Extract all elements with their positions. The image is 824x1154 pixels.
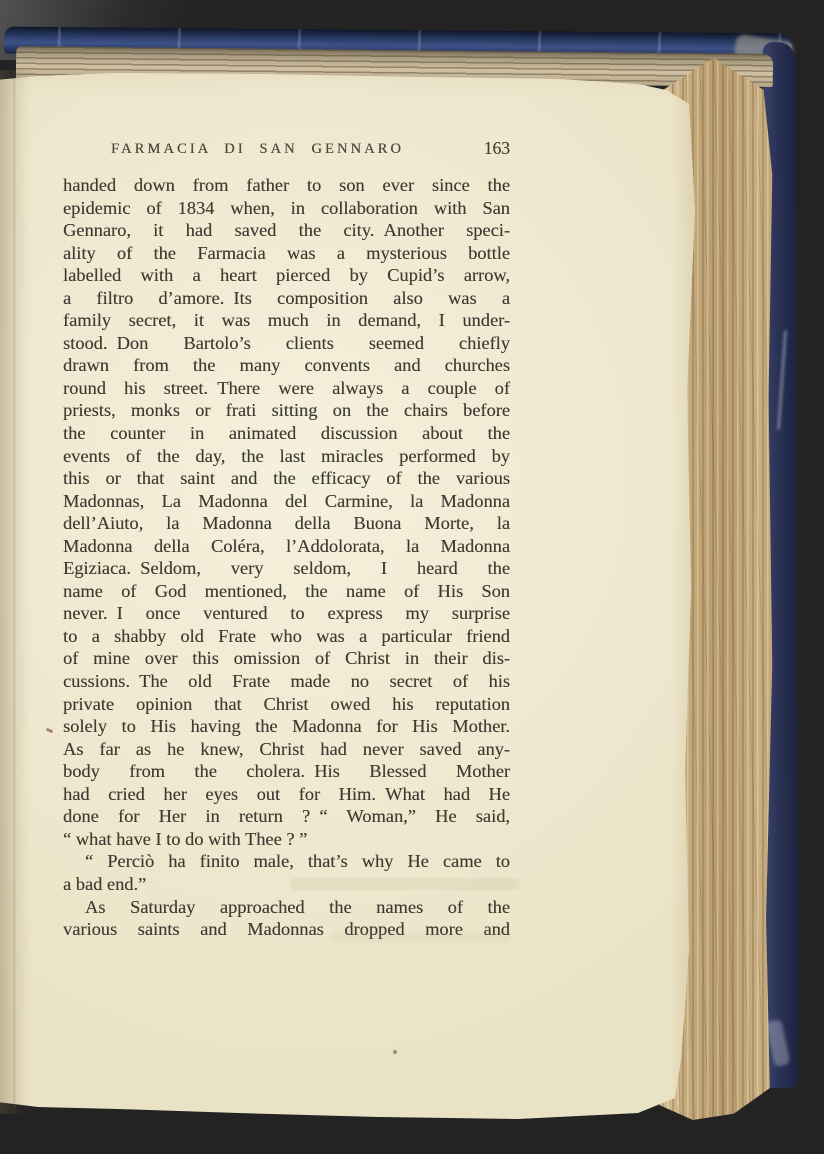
text-line: to a shabby old Frate who was a particul…	[63, 625, 510, 648]
text-line: As Saturday approached the names of the	[63, 896, 510, 919]
text-line: a filtro d’amore. Its composition also w…	[63, 287, 510, 310]
text-line: family secret, it was much in demand, I …	[63, 309, 510, 332]
text-line: of mine over this omission of Christ in …	[63, 647, 510, 670]
text-line: the counter in animated discussion about…	[63, 422, 510, 445]
text-line: dell’Aiuto, la Madonna della Buona Morte…	[63, 512, 510, 535]
text-line: “ what have I to do with Thee ? ”	[63, 828, 510, 851]
text-line: labelled with a heart pierced by Cupid’s…	[63, 264, 510, 287]
text-line: priests, monks or frati sitting on the c…	[63, 399, 510, 422]
text-line: ality of the Farmacia was a mysterious b…	[63, 242, 510, 265]
text-line: stood. Don Bartolo’s clients seemed chie…	[63, 332, 510, 355]
text-line: drawn from the many convents and churche…	[63, 354, 510, 377]
text-line: body from the cholera. His Blessed Mothe…	[63, 760, 510, 783]
text-block: handed down from father to son ever sinc…	[63, 174, 510, 941]
text-line: had cried her eyes out for Him. What had…	[63, 783, 510, 806]
text-line: done for Her in return ? “ Woman,” He sa…	[63, 805, 510, 828]
text-line: Madonna della Coléra, l’Addolorata, la M…	[63, 535, 510, 558]
paper-speck	[393, 1050, 397, 1054]
scanned-book-photo: FARMACIA DI SAN GENNARO 163 handed down …	[0, 0, 824, 1154]
text-line: Egiziaca. Seldom, very seldom, I heard t…	[63, 557, 510, 580]
text-line: Madonnas, La Madonna del Carmine, la Mad…	[63, 490, 510, 513]
text-line: handed down from father to son ever sinc…	[63, 174, 510, 197]
running-header: FARMACIA DI SAN GENNARO 163	[61, 141, 510, 165]
text-line: “ Perciò ha finito male, that’s why He c…	[63, 850, 510, 873]
text-line: never. I once ventured to express my sur…	[63, 602, 510, 625]
text-line: As far as he knew, Christ had never save…	[63, 738, 510, 761]
reverse-page-show-through	[330, 932, 510, 943]
text-line: private opinion that Christ owed his rep…	[63, 693, 510, 716]
text-line: name of God mentioned, the name of His S…	[63, 580, 510, 603]
running-header-title: FARMACIA DI SAN GENNARO	[61, 141, 510, 158]
text-line: this or that saint and the efficacy of t…	[63, 467, 510, 490]
text-line: cussions. The old Frate made no secret o…	[63, 670, 510, 693]
text-line: Gennaro, it had saved the city. Another …	[63, 219, 510, 242]
text-line: solely to His having the Madonna for His…	[63, 715, 510, 738]
text-line: epidemic of 1834 when, in collaboration …	[63, 197, 510, 220]
text-line: events of the day, the last miracles per…	[63, 445, 510, 468]
reverse-page-show-through	[290, 878, 520, 890]
text-line: round his street. There were always a co…	[63, 377, 510, 400]
page-number: 163	[484, 138, 510, 159]
